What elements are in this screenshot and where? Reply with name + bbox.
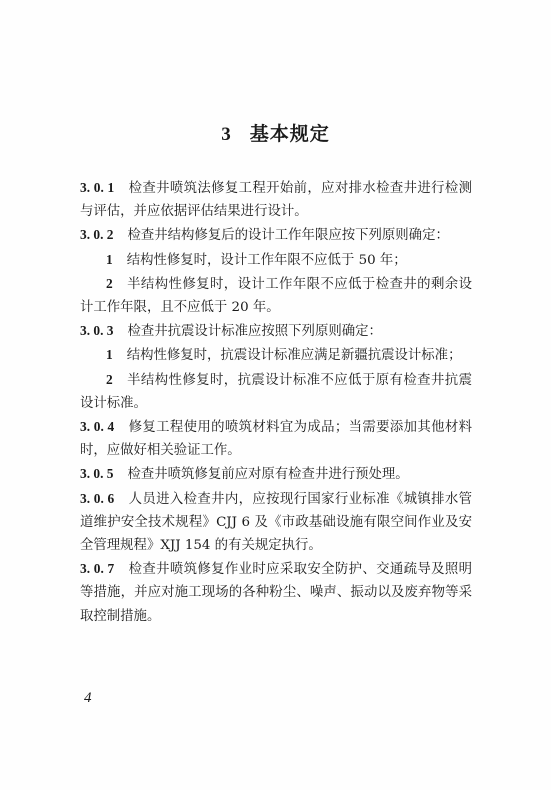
item-number: 2 bbox=[106, 276, 113, 291]
item-text: 半结构性修复时，设计工作年限不应低于检查井的剩余设计工作年限，且不应低于 20 … bbox=[80, 277, 472, 315]
chapter-title: 3基本规定 bbox=[0, 119, 551, 146]
clause-text: 检查井喷筑法修复工程开始前，应对排水检查井进行检测与评估，并应依据评估结果进行设… bbox=[80, 181, 472, 219]
clause-3-0-2-item-2: 2半结构性修复时，设计工作年限不应低于检查井的剩余设计工作年限，且不应低于 20… bbox=[80, 272, 472, 319]
clause-3-0-7: 3. 0. 7检查井喷筑修复作业时应采取安全防护、交通疏导及照明等措施，并应对施… bbox=[80, 557, 472, 628]
item-text: 结构性修复时，设计工作年限不应低于 50 年； bbox=[127, 253, 407, 268]
clause-text: 修复工程使用的喷筑材料宜为成品；当需要添加其他材料时，应做好相关验证工作。 bbox=[80, 420, 472, 458]
page-number: 4 bbox=[84, 690, 92, 707]
clause-3-0-3-item-1: 1结构性修复时，抗震设计标准应满足新疆抗震设计标准； bbox=[80, 343, 472, 367]
item-number: 2 bbox=[106, 372, 113, 387]
clause-3-0-2: 3. 0. 2检查井结构修复后的设计工作年限应按下列原则确定： bbox=[80, 223, 472, 247]
chapter-number: 3 bbox=[221, 124, 232, 145]
clause-3-0-5: 3. 0. 5检查井喷筑修复前应对原有检查井进行预处理。 bbox=[80, 462, 472, 486]
clause-code: 3. 0. 5 bbox=[80, 466, 113, 481]
clause-code: 3. 0. 2 bbox=[80, 227, 113, 242]
clause-3-0-3: 3. 0. 3检查井抗震设计标准应按照下列原则确定： bbox=[80, 319, 472, 343]
clause-3-0-4: 3. 0. 4修复工程使用的喷筑材料宜为成品；当需要添加其他材料时，应做好相关验… bbox=[80, 415, 472, 462]
clause-code: 3. 0. 6 bbox=[80, 491, 114, 506]
clause-3-0-2-item-1: 1结构性修复时，设计工作年限不应低于 50 年； bbox=[80, 248, 472, 272]
clause-code: 3. 0. 7 bbox=[80, 561, 114, 576]
clause-3-0-3-item-2: 2半结构性修复时，抗震设计标准不应低于原有检查井抗震设计标准。 bbox=[80, 368, 472, 415]
item-number: 1 bbox=[106, 347, 113, 362]
document-page: 3基本规定 3. 0. 1检查井喷筑法修复工程开始前，应对排水检查井进行检测与评… bbox=[0, 0, 551, 790]
item-number: 1 bbox=[106, 252, 113, 267]
clause-3-0-1: 3. 0. 1检查井喷筑法修复工程开始前，应对排水检查井进行检测与评估，并应依据… bbox=[80, 176, 472, 223]
clause-text: 检查井喷筑修复前应对原有检查井进行预处理。 bbox=[127, 467, 408, 482]
clause-text: 检查井喷筑修复作业时应采取安全防护、交通疏导及照明等措施，并应对施工现场的各种粉… bbox=[80, 562, 472, 623]
clause-code: 3. 0. 1 bbox=[80, 180, 114, 195]
clause-code: 3. 0. 3 bbox=[80, 323, 113, 338]
clause-text: 检查井结构修复后的设计工作年限应按下列原则确定： bbox=[127, 228, 448, 243]
clause-3-0-6: 3. 0. 6人员进入检查井内，应按现行国家行业标准《城镇排水管道维护安全技术规… bbox=[80, 487, 472, 558]
item-text: 结构性修复时，抗震设计标准应满足新疆抗震设计标准； bbox=[127, 348, 462, 363]
clause-text: 人员进入检查井内，应按现行国家行业标准《城镇排水管道维护安全技术规程》CJJ 6… bbox=[80, 492, 472, 553]
item-text: 半结构性修复时，抗震设计标准不应低于原有检查井抗震设计标准。 bbox=[80, 373, 472, 411]
chapter-title-text: 基本规定 bbox=[250, 123, 330, 145]
clause-text: 检查井抗震设计标准应按照下列原则确定： bbox=[127, 324, 381, 339]
clause-list: 3. 0. 1检查井喷筑法修复工程开始前，应对排水检查井进行检测与评估，并应依据… bbox=[80, 176, 472, 628]
clause-code: 3. 0. 4 bbox=[80, 419, 114, 434]
